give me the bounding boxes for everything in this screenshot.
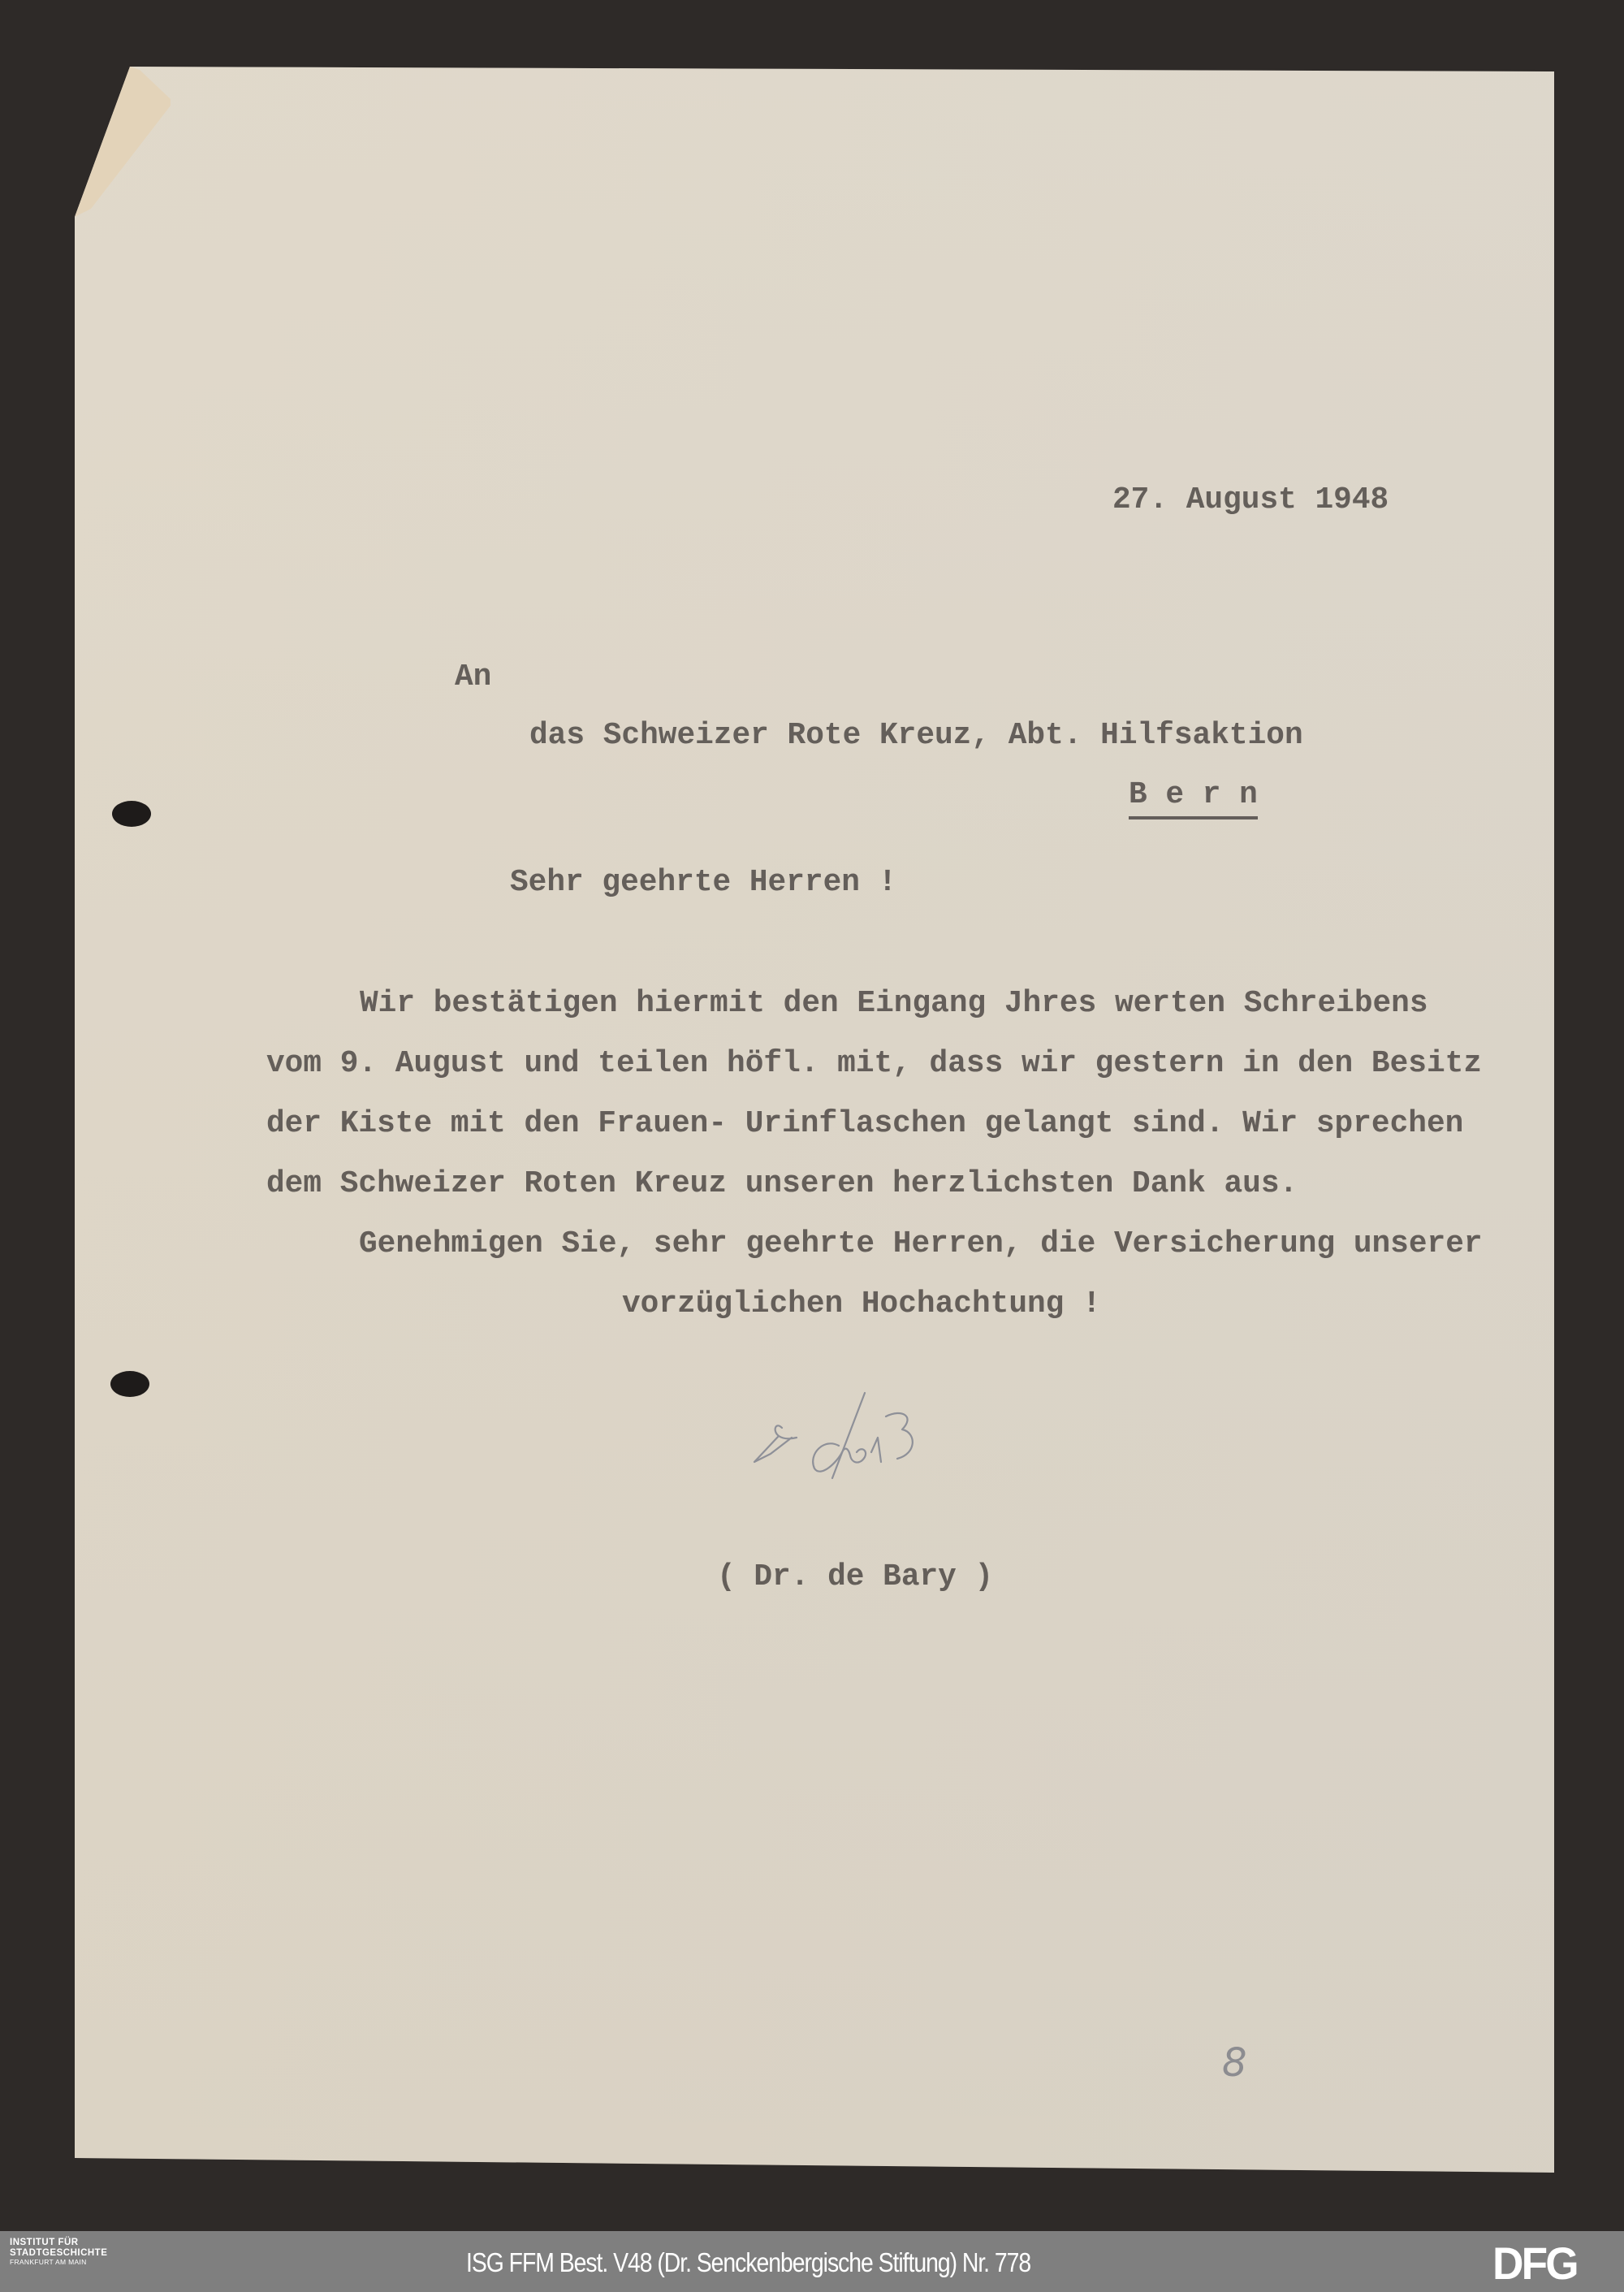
address-prefix: An	[455, 663, 491, 694]
closing-line-2: vorzüglichen Hochachtung !	[622, 1290, 1101, 1321]
recipient-city: B e r n	[1129, 781, 1258, 819]
archive-footer-bar: INSTITUT FÜR STADTGESCHICHTE FRANKFURT A…	[0, 2231, 1624, 2292]
recipient-organization: das Schweizer Rote Kreuz, Abt. Hilfsakti…	[529, 721, 1303, 752]
signatory-name: ( Dr. de Bary )	[717, 1563, 993, 1594]
body-line-3: der Kiste mit den Frauen- Urinflaschen g…	[266, 1109, 1463, 1140]
punch-hole-upper	[112, 801, 151, 827]
body-line-2: vom 9. August und teilen höfl. mit, dass…	[266, 1049, 1482, 1080]
body-line-4: dem Schweizer Roten Kreuz unseren herzli…	[266, 1170, 1298, 1200]
dfg-logo: DFG	[1492, 2241, 1577, 2286]
closing-line-1: Genehmigen Sie, sehr geehrte Herren, die…	[359, 1230, 1483, 1261]
body-line-1: Wir bestätigen hiermit den Eingang Jhres…	[360, 989, 1428, 1020]
handwritten-signature	[743, 1389, 930, 1486]
greeting: Sehr geehrte Herren !	[510, 868, 896, 899]
handwritten-page-number: 8	[1222, 2040, 1247, 2086]
archive-reference: ISG FFM Best. V48 (Dr. Senckenbergische …	[466, 2247, 1030, 2278]
punch-hole-lower	[110, 1371, 149, 1397]
institution-name-line1: INSTITUT FÜR	[10, 2238, 107, 2248]
letter-date: 27. August 1948	[1112, 486, 1389, 517]
institution-logo: INSTITUT FÜR STADTGESCHICHTE FRANKFURT A…	[10, 2238, 107, 2266]
institution-location: FRANKFURT AM MAIN	[10, 2259, 107, 2266]
institution-name-line2: STADTGESCHICHTE	[10, 2249, 107, 2259]
